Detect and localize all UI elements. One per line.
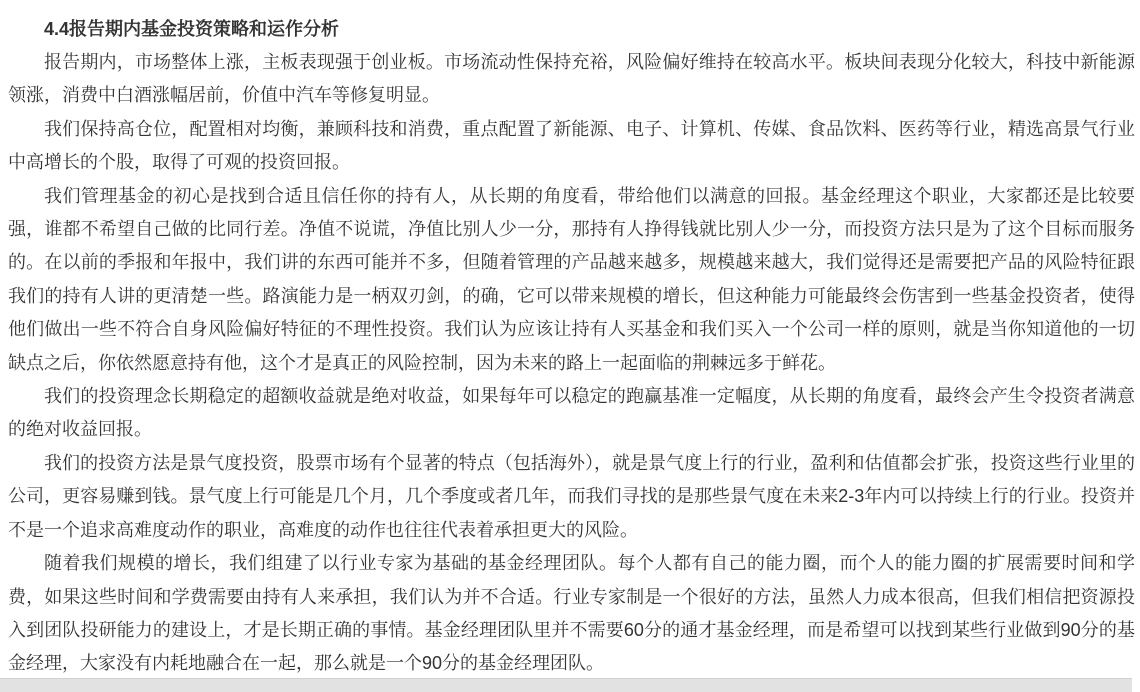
paragraph-fund-philosophy: 我们管理基金的初心是找到合适且信任你的持有人，从长期的角度看，带给他们以满意的回… <box>8 180 1135 380</box>
section-heading: 4.4报告期内基金投资策略和运作分析 <box>8 6 1135 46</box>
report-section-body: 4.4报告期内基金投资策略和运作分析 报告期内，市场整体上涨，主板表现强于创业板… <box>0 0 1140 681</box>
paragraph-team-building: 随着我们规模的增长，我们组建了以行业专家为基础的基金经理团队。每个人都有自己的能… <box>8 547 1135 681</box>
paragraph-investment-method: 我们的投资方法是景气度投资，股票市场有个显著的特点（包括海外），就是景气度上行的… <box>8 447 1135 547</box>
horizontal-scrollbar[interactable] <box>0 678 1132 692</box>
paragraph-position-allocation: 我们保持高仓位，配置相对均衡，兼顾科技和消费，重点配置了新能源、电子、计算机、传… <box>8 113 1135 180</box>
paragraph-market-review: 报告期内，市场整体上涨，主板表现强于创业板。市场流动性保持充裕，风险偏好维持在较… <box>8 46 1135 113</box>
paragraph-investment-concept: 我们的投资理念长期稳定的超额收益就是绝对收益，如果每年可以稳定的跑赢基准一定幅度… <box>8 380 1135 447</box>
report-page: 4.4报告期内基金投资策略和运作分析 报告期内，市场整体上涨，主板表现强于创业板… <box>0 0 1140 692</box>
scrollbar-corner <box>1132 678 1140 692</box>
